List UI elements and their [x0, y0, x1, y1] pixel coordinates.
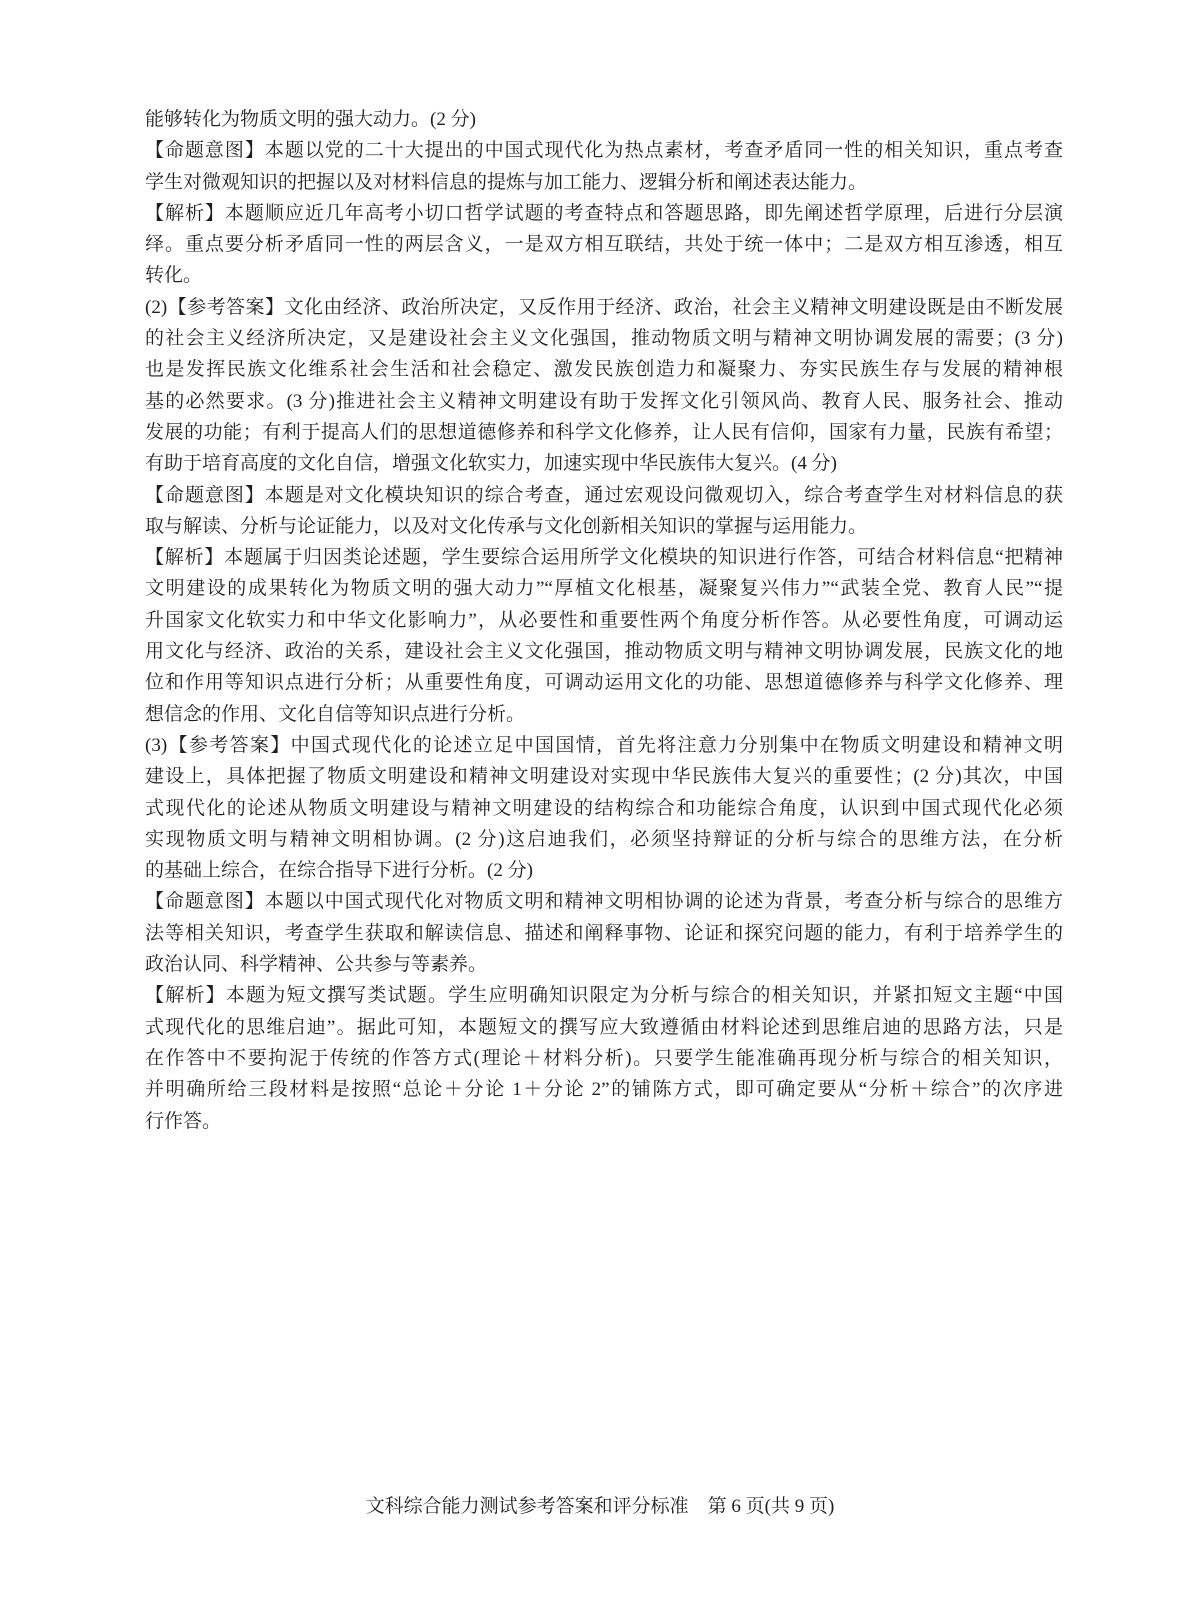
text-line: 学生对微观知识的把握以及对材料信息的提炼与加工能力、逻辑分析和阐述表达能力。 [145, 167, 1063, 198]
text-line: 政治认同、科学精神、公共参与等素养。 [145, 949, 1063, 980]
text-line: 【解析】本题顺应近几年高考小切口哲学试题的考查特点和答题思路，即先阐述哲学原理，… [145, 198, 1063, 229]
text-line: 升国家文化软实力和中华文化影响力”，从必要性和重要性两个角度分析作答。从必要性角… [145, 605, 1063, 636]
text-line: 【命题意图】本题是对文化模块知识的综合考查，通过宏观设问微观切入，综合考查学生对… [145, 480, 1063, 511]
text-line: 发展的功能；有利于提高人们的思想道德修养和科学文化修养，让人民有信仰，国家有力量… [145, 417, 1063, 448]
footer-text: 文科综合能力测试参考答案和评分标准 第 6 页(共 9 页) [366, 1496, 835, 1517]
text-line: 转化。 [145, 260, 1063, 291]
text-line: 能够转化为物质文明的强大动力。(2 分) [145, 104, 1063, 135]
text-line: 也是发挥民族文化维系社会生活和社会稳定、激发民族创造力和凝聚力、夯实民族生存与发… [145, 354, 1063, 385]
text-line: 的基础上综合，在综合指导下进行分析。(2 分) [145, 855, 1063, 886]
text-line: (3)【参考答案】中国式现代化的论述立足中国国情，首先将注意力分别集中在物质文明… [145, 730, 1063, 761]
text-line: 式现代化的论述从物质文明建设与精神文明建设的结构综合和功能综合角度，认识到中国式… [145, 793, 1063, 824]
answer-key-text-block: 能够转化为物质文明的强大动力。(2 分)【命题意图】本题以党的二十大提出的中国式… [145, 104, 1063, 1137]
text-line: 【命题意图】本题以中国式现代化对物质文明和精神文明相协调的论述为背景，考查分析与… [145, 886, 1063, 917]
text-line: 基的必然要求。(3 分)推进社会主义精神文明建设有助于发挥文化引领风尚、教育人民… [145, 386, 1063, 417]
text-line: 法等相关知识，考查学生获取和解读信息、描述和阐释事物、论证和探究问题的能力，有利… [145, 918, 1063, 949]
text-line: 位和作用等知识点进行分析；从重要性角度，可调动运用文化的功能、思想道德修养与科学… [145, 667, 1063, 698]
text-line: 取与解读、分析与论证能力，以及对文化传承与文化创新相关知识的掌握与运用能力。 [145, 511, 1063, 542]
text-line: 有助于培育高度的文化自信，增强文化软实力，加速实现中华民族伟大复兴。(4 分) [145, 448, 1063, 479]
text-line: 在作答中不要拘泥于传统的作答方式(理论＋材料分析)。只要学生能准确再现分析与综合… [145, 1043, 1063, 1074]
text-line: 【解析】本题为短文撰写类试题。学生应明确知识限定为分析与综合的相关知识，并紧扣短… [145, 980, 1063, 1011]
text-line: 用文化与经济、政治的关系，建设社会主义文化强国，推动物质文明与精神文明协调发展，… [145, 636, 1063, 667]
text-line: 【解析】本题属于归因类论述题，学生要综合运用所学文化模块的知识进行作答，可结合材… [145, 542, 1063, 573]
text-line: 文明建设的成果转化为物质文明的强大动力”“厚植文化根基，凝聚复兴伟力”“武装全党… [145, 573, 1063, 604]
text-line: 实现物质文明与精神文明相协调。(2 分)这启迪我们，必须坚持辩证的分析与综合的思… [145, 824, 1063, 855]
text-line: 式现代化的思维启迪”。据此可知，本题短文的撰写应大致遵循由材料论述到思维启迪的思… [145, 1012, 1063, 1043]
text-line: 想信念的作用、文化自信等知识点进行分析。 [145, 699, 1063, 730]
document-page: 能够转化为物质文明的强大动力。(2 分)【命题意图】本题以党的二十大提出的中国式… [0, 0, 1200, 1600]
text-line: 并明确所给三段材料是按照“总论＋分论 1＋分论 2”的铺陈方式，即可确定要从“分… [145, 1074, 1063, 1105]
text-line: 【命题意图】本题以党的二十大提出的中国式现代化为热点素材，考查矛盾同一性的相关知… [145, 135, 1063, 166]
text-line: 建设上，具体把握了物质文明建设和精神文明建设对实现中华民族伟大复兴的重要性；(2… [145, 761, 1063, 792]
text-line: 行作答。 [145, 1106, 1063, 1137]
text-line: (2)【参考答案】文化由经济、政治所决定，又反作用于经济、政治，社会主义精神文明… [145, 292, 1063, 323]
page-footer: 文科综合能力测试参考答案和评分标准 第 6 页(共 9 页) [0, 1494, 1200, 1520]
text-line: 绎。重点要分析矛盾同一性的两层含义，一是双方相互联结，共处于统一体中；二是双方相… [145, 229, 1063, 260]
text-line: 的社会主义经济所决定，又是建设社会主义文化强国，推动物质文明与精神文明协调发展的… [145, 323, 1063, 354]
